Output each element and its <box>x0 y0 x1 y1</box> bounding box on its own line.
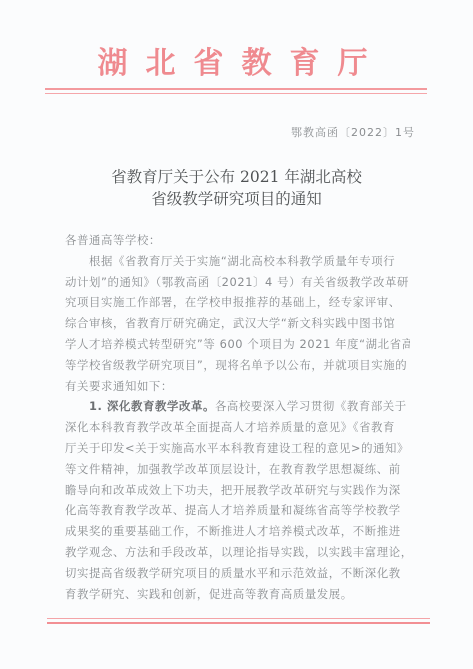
section-line: 成果奖的重要基础工作，不断推进人才培养模式改革，不断推进 <box>65 521 410 542</box>
section-1-text: 各高校要深入学习贯彻《教育部关于 <box>215 399 407 413</box>
document-page: 湖北省教育厅 鄂教高函〔2022〕1号 省教育厅关于公布 2021 年湖北高校 … <box>0 0 473 669</box>
paragraph-line: 动计划”的通知》（鄂教高函〔2021〕4 号）有关省级教学改革研 <box>65 272 410 293</box>
title-line-2: 省级教学研究项目的通知 <box>0 188 473 210</box>
footer-red-rule <box>47 618 430 626</box>
section-1-heading: 1. 深化教育教学改革。 <box>89 399 215 413</box>
salutation: 各普通高等学校： <box>65 230 410 251</box>
paragraph-line: 究项目实施工作部署，在学校申报推荐的基础上，经专家评审、 <box>65 292 410 313</box>
section-line: 瞻导向和改革成效上下功夫，把开展教学改革研究与实践作为深 <box>65 480 410 501</box>
rule-thick-line <box>45 88 427 90</box>
rule-thin-line <box>47 618 430 619</box>
paragraph-line: 综合审核，省教育厅研究确定，武汉大学“新文科实践中图书馆 <box>65 313 410 334</box>
masthead-title: 湖北省教育厅 <box>0 44 473 84</box>
section-line: 等文件精神，加强教学改革顶层设计，在教育教学思想凝练、前 <box>65 459 410 480</box>
section-line: 深化本科教育教学改革全面提高人才培养质量的意见》《省教育 <box>65 417 410 438</box>
paragraph-line: 根据《省教育厅关于实施“湖北高校本科教学质量年专项行 <box>65 251 410 272</box>
paragraph-line: 等学校省级教学研究项目”，现将名单予以公布，并就项目实施的 <box>65 355 410 376</box>
rule-thick-line <box>47 622 430 624</box>
section-line: 教学观念、方法和手段改革，以理论指导实践，以实践丰富理论， <box>65 542 410 563</box>
title-line-1: 省教育厅关于公布 2021 年湖北高校 <box>0 166 473 188</box>
document-body: 各普通高等学校： 根据《省教育厅关于实施“湖北高校本科教学质量年专项行 动计划”… <box>65 230 410 604</box>
section-line: 切实提高省级教学研究项目的质量水平和示范效益，不断深化教 <box>65 563 410 584</box>
document-title: 省教育厅关于公布 2021 年湖北高校 省级教学研究项目的通知 <box>0 166 473 210</box>
rule-thin-line <box>45 93 427 94</box>
section-line: 厅关于印发<关于实施高水平本科教育建设工程的意见>的通知》 <box>65 438 410 459</box>
section-1-first-line: 1. 深化教育教学改革。各高校要深入学习贯彻《教育部关于 <box>65 396 410 417</box>
masthead-red-rule <box>45 88 427 96</box>
section-line: 育教学研究、实践和创新，促进高等教育高质量发展。 <box>65 584 410 605</box>
paragraph-line: 有关要求通知如下： <box>65 376 410 397</box>
paragraph-line: 学人才培养模式转型研究”等 600 个项目为 2021 年度“湖北省高 <box>65 334 410 355</box>
document-number: 鄂教高函〔2022〕1号 <box>291 124 415 140</box>
section-line: 化高等教育教学改革、提高人才培养质量和凝练省高等学校教学 <box>65 500 410 521</box>
